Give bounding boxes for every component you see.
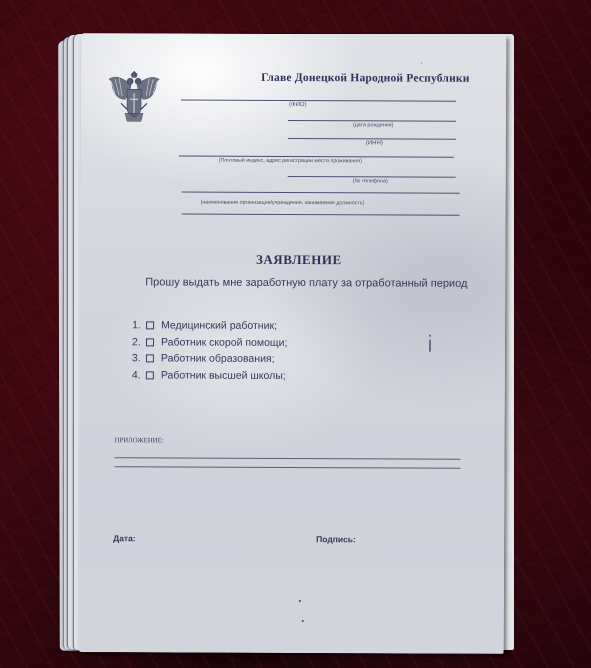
option-item[interactable]: 3. Работник образования; (132, 350, 287, 367)
dpr-coat-of-arms-icon (107, 69, 161, 125)
application-form-page: Главе Донецкой Народной Республики (ФИО)… (79, 33, 507, 654)
attachment-line-1[interactable] (114, 457, 460, 460)
pen-mark (429, 335, 431, 353)
option-number: 3. (132, 353, 144, 365)
option-label: Работник образования; (161, 353, 275, 365)
address-caption: (Почтовый индекс, адрес регистрации мест… (219, 158, 362, 165)
option-number: 4. (132, 369, 144, 381)
addressee-heading: Главе Донецкой Народной Республики (261, 72, 469, 85)
signature-label: Подпись: (316, 534, 356, 544)
fio-caption: (ФИО) (289, 102, 307, 108)
birth-date-caption: (дата рождения) (353, 122, 393, 128)
checkbox[interactable] (146, 322, 154, 330)
organization-caption: (наименование организации/учреждения, за… (201, 200, 365, 207)
phone-caption: (№ телефона) (353, 178, 388, 184)
option-item[interactable]: 1. Медицинский работник; (132, 317, 287, 334)
attachment-label: ПРИЛОЖЕНИЕ: (115, 437, 164, 444)
option-label: Работник высшей школы; (161, 370, 286, 383)
option-label: Работник скорой помощи; (161, 336, 287, 349)
checkbox[interactable] (146, 338, 154, 346)
speck (421, 63, 422, 64)
option-number: 1. (132, 320, 144, 332)
organization-line-1[interactable] (182, 192, 460, 194)
fio-line[interactable] (181, 100, 456, 102)
organization-line-2[interactable] (182, 214, 460, 216)
request-text: Прошу выдать мне заработную плату за отр… (145, 276, 467, 289)
checkbox[interactable] (146, 355, 154, 363)
checkbox[interactable] (146, 371, 154, 379)
document-title: ЗАЯВЛЕНИЕ (80, 251, 505, 269)
option-number: 2. (132, 336, 144, 348)
category-options: 1. Медицинский работник; 2. Работник ско… (132, 317, 288, 384)
speck (302, 620, 304, 622)
inn-caption: (ИНН) (366, 140, 383, 146)
attachment-line-2[interactable] (114, 466, 460, 469)
option-item[interactable]: 4. Работник высшей школы; (132, 367, 287, 384)
speck (299, 600, 301, 602)
option-label: Медицинский работник; (161, 320, 277, 333)
option-item[interactable]: 2. Работник скорой помощи; (132, 334, 287, 351)
date-label: Дата: (113, 533, 136, 543)
